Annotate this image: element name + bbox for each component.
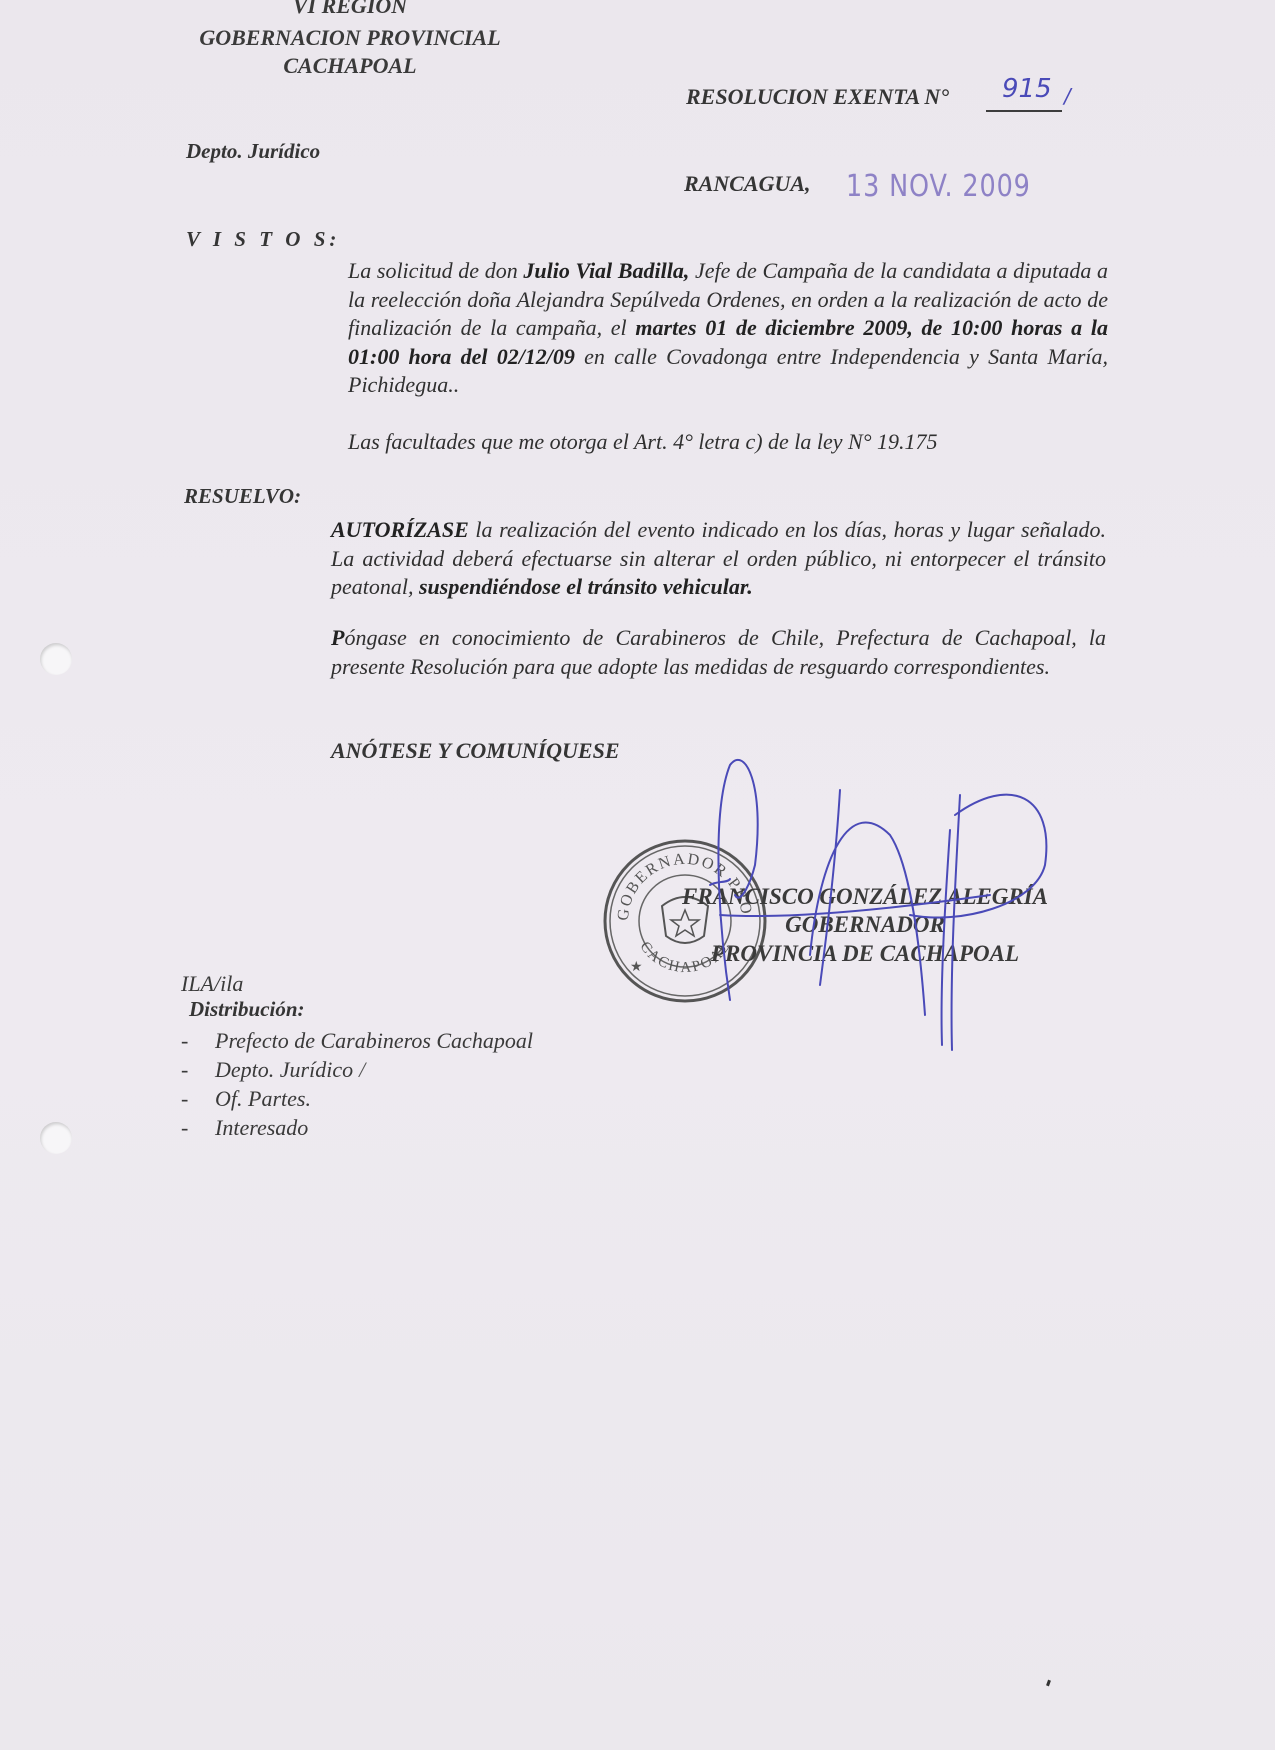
department-label: Depto. Jurídico <box>186 139 320 164</box>
resolution-number-underline <box>986 110 1062 112</box>
header-office: GOBERNACION PROVINCIAL <box>150 24 550 52</box>
vistos-heading: V I S T O S: <box>186 227 340 252</box>
punch-hole-bottom <box>40 1122 72 1154</box>
list-item: -Depto. Jurídico/ <box>181 1055 533 1084</box>
header-region: VI REGION <box>150 0 550 20</box>
typist-initials: ILA/ila <box>181 969 243 998</box>
list-item: -Prefecto de Carabineros Cachapoal <box>181 1026 533 1055</box>
resolution-number-tick: / <box>1064 84 1071 108</box>
resolution-number-handwritten: 915 <box>1002 74 1052 104</box>
date-stamp: 13 NOV. 2009 <box>846 169 1031 204</box>
resuelvo-paragraph-2: Póngase en conocimiento de Carabineros d… <box>331 624 1106 681</box>
header-province: CACHAPOAL <box>150 52 550 80</box>
distribution-list: -Prefecto de Carabineros Cachapoal -Dept… <box>181 1026 533 1142</box>
check-mark-icon: / <box>359 1057 365 1082</box>
vistos-paragraph-1: La solicitud de don Julio Vial Badilla, … <box>348 257 1108 400</box>
svg-text:★: ★ <box>630 960 643 975</box>
scanned-document-page: VI REGION GOBERNACION PROVINCIAL CACHAPO… <box>0 0 1275 1750</box>
handwritten-signature-icon <box>660 755 1080 1055</box>
punch-hole-top <box>40 643 72 675</box>
list-item: -Interesado <box>181 1113 533 1142</box>
resolution-label: RESOLUCION EXENTA N° <box>686 84 949 110</box>
resuelvo-paragraph-1: AUTORÍZASE la realización del evento ind… <box>331 516 1106 602</box>
list-item: -Of. Partes. <box>181 1084 533 1113</box>
distribution-heading: Distribución: <box>189 997 305 1022</box>
vistos-paragraph-2: Las facultades que me otorga el Art. 4° … <box>348 428 1108 457</box>
city-label: RANCAGUA, <box>684 171 811 197</box>
resuelvo-heading: RESUELVO: <box>184 484 301 509</box>
scan-speck <box>1046 1680 1051 1687</box>
closing-formula: ANÓTESE Y COMUNÍQUESE <box>331 738 620 764</box>
